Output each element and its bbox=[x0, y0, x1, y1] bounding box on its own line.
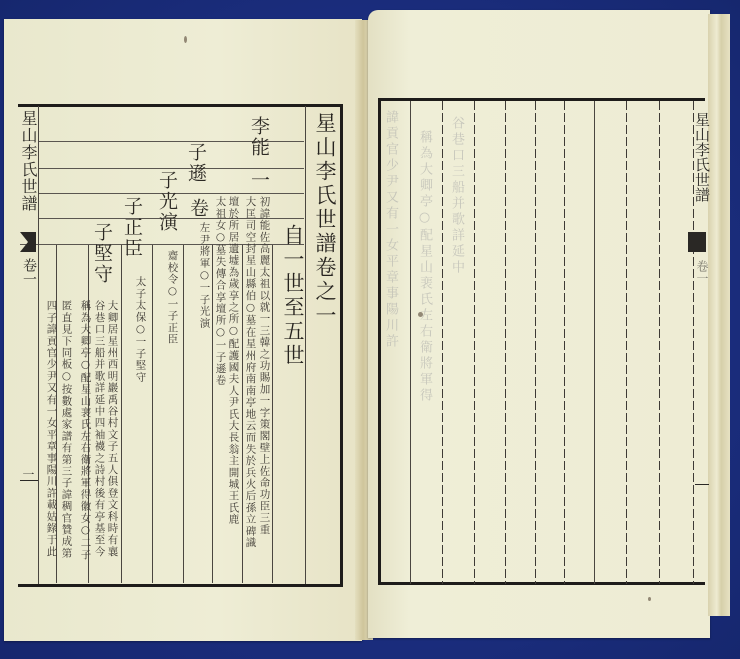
paper-stain bbox=[184, 36, 187, 43]
annotation-gyeonsu-2: 谷巷口三船并歌詳延中四袖襪之詩村後有亭基至今 bbox=[94, 300, 105, 557]
annotation-li-neung-1: 初諱能佐高麗太祖以就一三韓之功賜加一字策閣壁上佐命功臣三重 bbox=[259, 196, 270, 535]
generation-3-name: 子光演 bbox=[157, 170, 176, 233]
first-generation-label: 一 bbox=[249, 170, 268, 191]
margin-page-mark bbox=[695, 484, 709, 485]
column-line bbox=[594, 101, 595, 584]
margin-column-line bbox=[38, 106, 39, 584]
paper-stain bbox=[418, 312, 423, 317]
paper-stain bbox=[648, 597, 651, 601]
bleed-through-text: 谷巷口三船并歌詳延中 bbox=[450, 116, 463, 276]
bleed-through-text: 諱貢官少尹又有一女平章事陽川許 bbox=[384, 110, 397, 350]
column-line bbox=[272, 245, 273, 583]
annotation-gyeonsu-5: 四子諱貢官少尹又有一女平章事陽川許載姑錄于此 bbox=[46, 300, 57, 557]
margin-page-number: 一 bbox=[22, 468, 34, 480]
right-margin-volume-label: 卷一 bbox=[696, 260, 708, 284]
right-margin-book-title: 星山李氏世譜 bbox=[694, 112, 709, 202]
annotation-li-neung-4: 太祖女○墓失傳合享壇所○一子遜卷 bbox=[215, 196, 226, 386]
column-line bbox=[626, 101, 627, 584]
generation-4-name: 子正臣 bbox=[122, 196, 141, 259]
annotation-gwangyeon: 齋校令○一子正臣 bbox=[167, 250, 178, 345]
column-line bbox=[121, 245, 122, 583]
column-line bbox=[659, 101, 660, 584]
column-line bbox=[212, 245, 213, 583]
page-stack-edge bbox=[708, 14, 730, 616]
margin-volume-label: 卷一 bbox=[22, 258, 36, 286]
annotation-li-neung-2: 大匡司空封星山縣伯○墓在星州府南南亭地云而失於兵火后孫立碑識 bbox=[245, 196, 256, 549]
annotation-son-sun: 左尹將軍○一子光演 bbox=[199, 222, 210, 329]
fish-tail-ornament bbox=[688, 232, 706, 252]
row-divider bbox=[38, 168, 304, 169]
annotation-gyeonsu-4: 匿直見下同板○按數處家譜有第三子諱稠官贊成第 bbox=[61, 300, 72, 559]
margin-page-mark bbox=[20, 480, 38, 481]
column-line bbox=[242, 245, 243, 583]
annotation-li-neung-3: 壇於所居遺墟為歲享之所○配護國夫人尹氏大長翁主開城王氏鹿 bbox=[228, 196, 239, 525]
generation-5-name: 子堅守 bbox=[92, 222, 111, 285]
column-line bbox=[183, 245, 184, 583]
book-title-heading: 星山李氏世譜卷之一 bbox=[314, 112, 335, 328]
annotation-gyeonsu-3: 稱為大卿亭○配星山裵氏左右衛將軍得徽女○二子 bbox=[80, 300, 91, 560]
column-line bbox=[474, 101, 475, 584]
generation-2-name: 子遜 bbox=[186, 142, 205, 184]
column-line bbox=[535, 101, 536, 584]
column-line bbox=[152, 245, 153, 583]
column-line bbox=[505, 101, 506, 584]
column-line bbox=[410, 101, 411, 584]
generation-range-heading: 自一世至五世 bbox=[282, 224, 303, 368]
title-column-line bbox=[305, 106, 306, 584]
annotation-jeongsin: 太子太保○一子堅守 bbox=[135, 276, 146, 383]
generation-3-suffix: 卷 bbox=[188, 198, 207, 219]
column-line bbox=[442, 101, 443, 584]
bleed-through-text: 稱為大卿亭○配星山裵氏左右衛將軍得 bbox=[418, 130, 431, 404]
ancestor-name-li-neung: 李能 bbox=[249, 116, 268, 158]
column-line bbox=[564, 101, 565, 584]
annotation-gyeonsu-1: 大卿居星州西明巖禹谷村文子五人俱登文科時有襄 bbox=[107, 300, 118, 557]
margin-book-title: 星山李氏世譜 bbox=[20, 110, 36, 212]
